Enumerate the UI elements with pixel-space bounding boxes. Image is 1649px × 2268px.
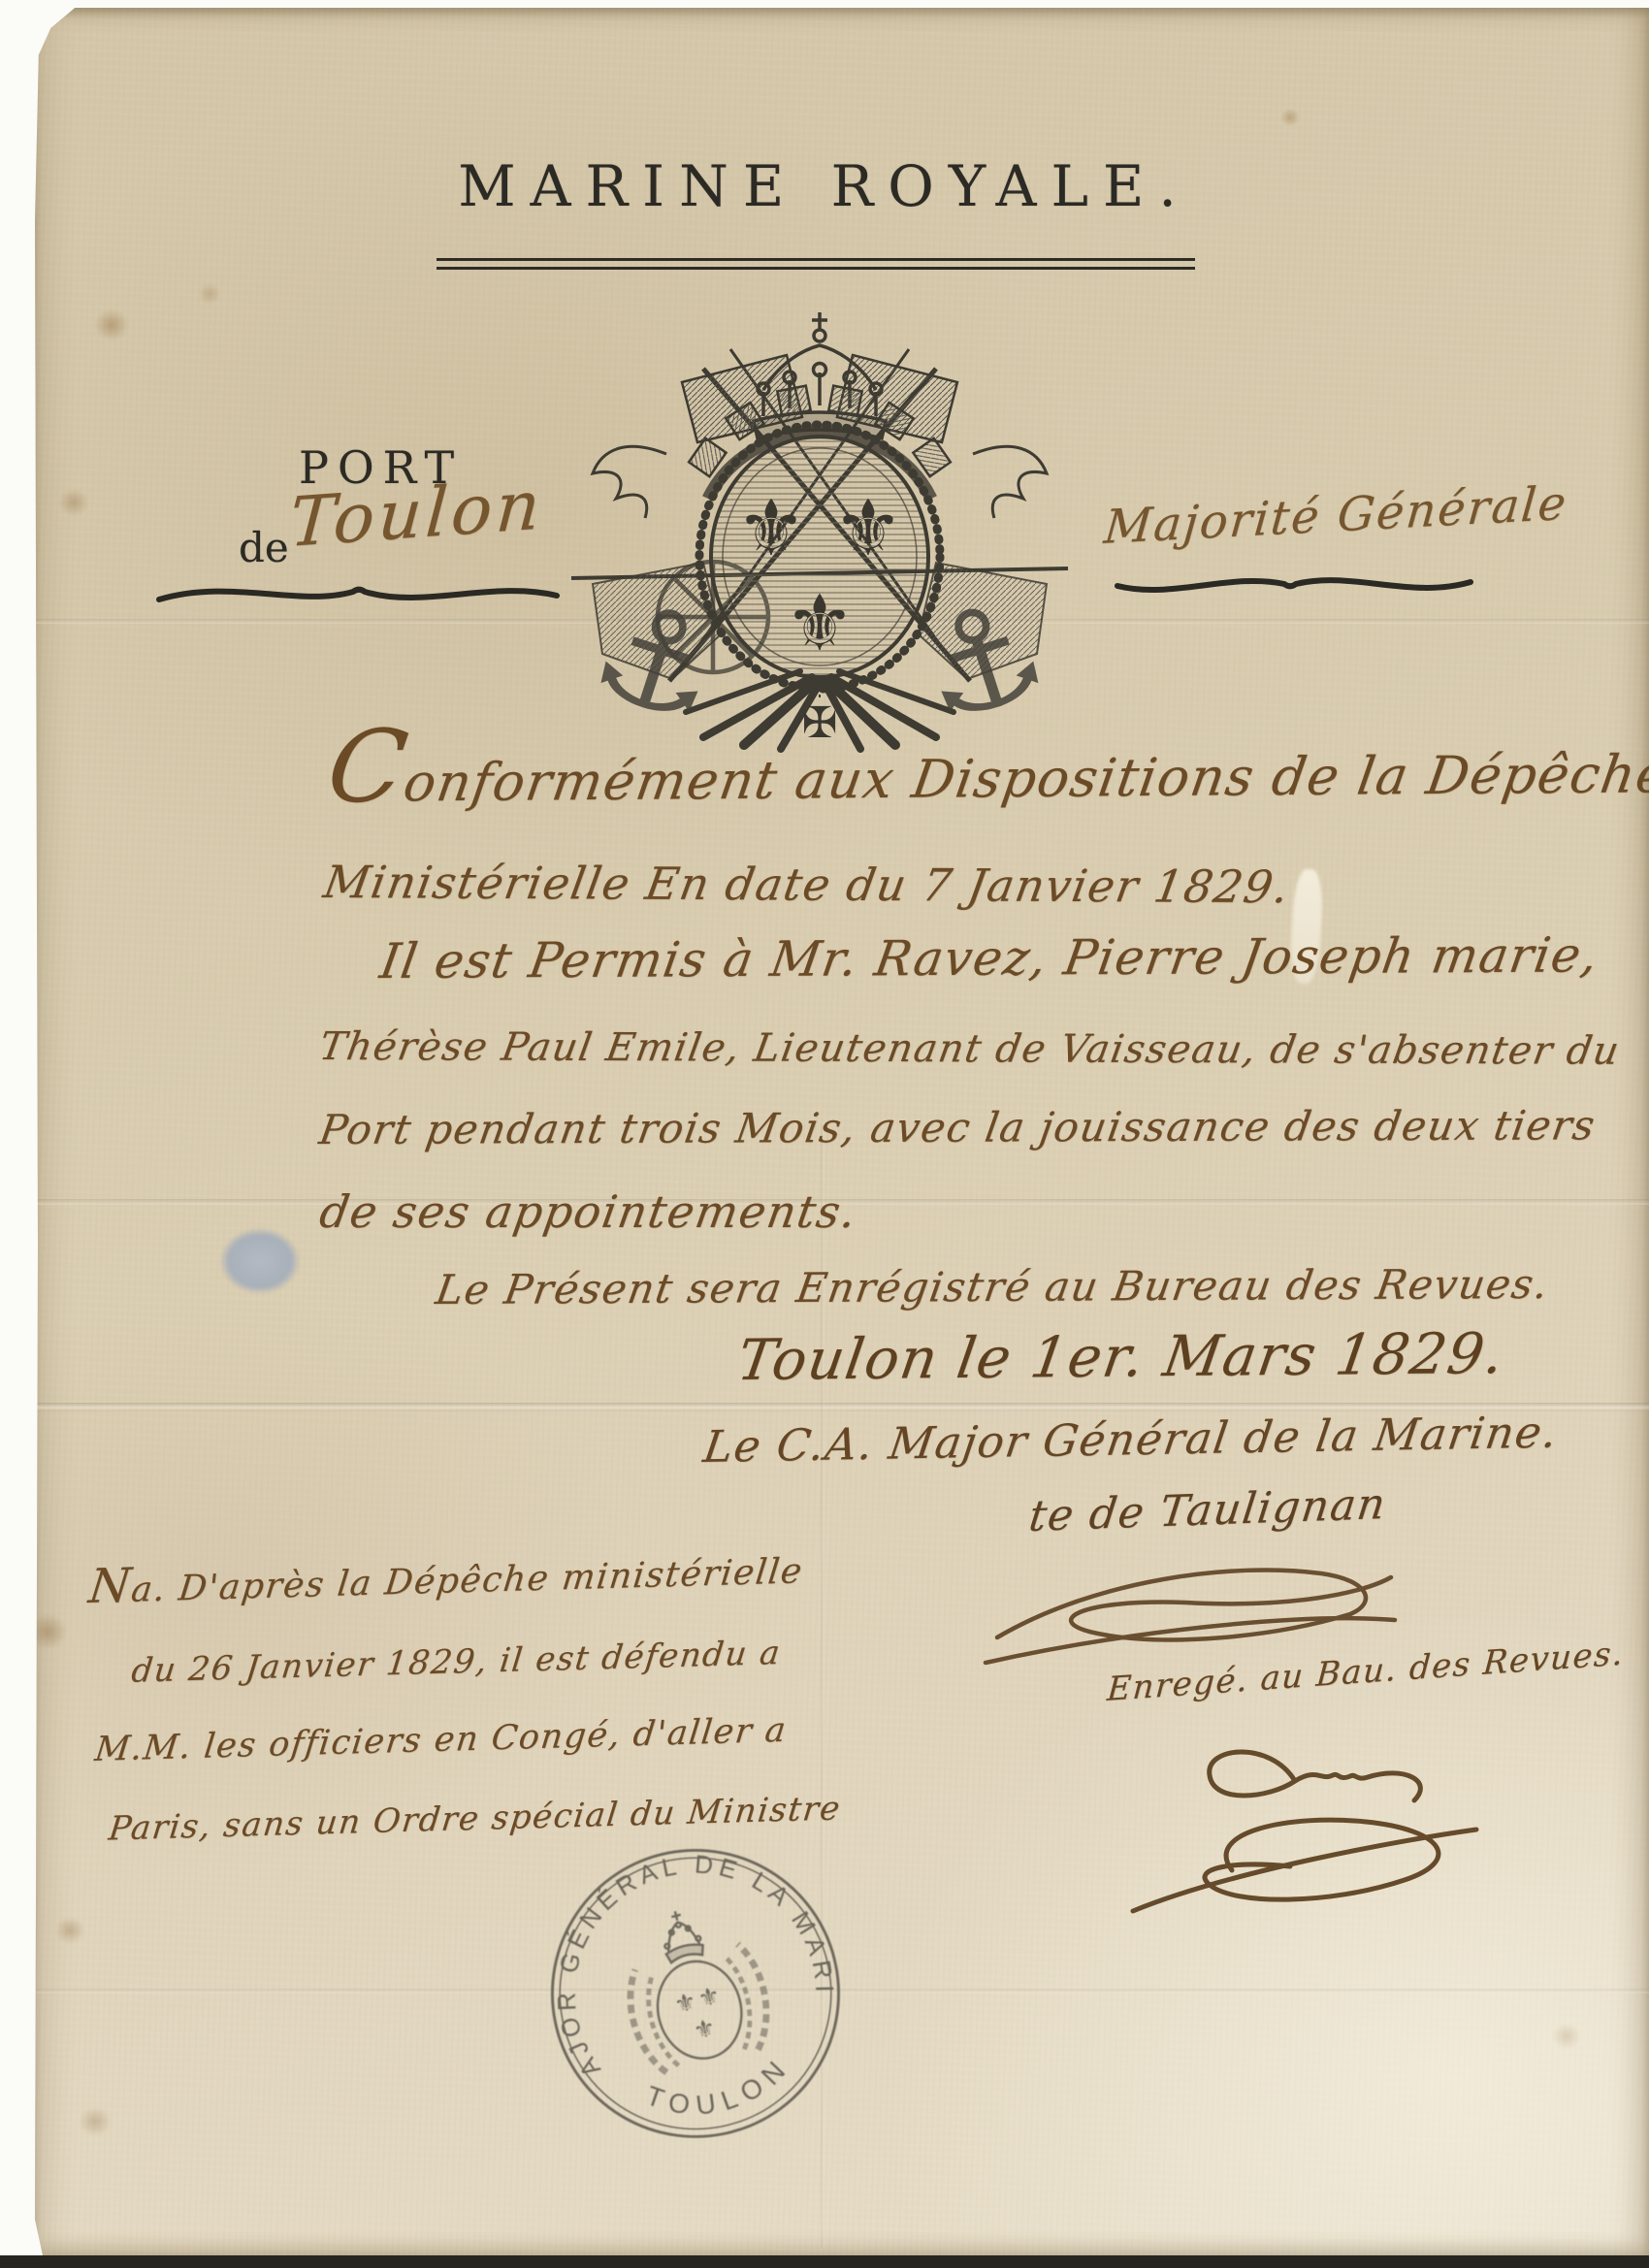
fox-spot: [1277, 105, 1304, 130]
body-line: Conformément aux Dispositions de la Dépê…: [322, 743, 1649, 814]
fox-spot: [87, 303, 136, 347]
coat-of-arms-engraving: ⚜ ⚜ ⚜ ⚓ ⚓ ✠: [558, 293, 1082, 749]
port-de-label: de: [239, 524, 289, 571]
body-line: de ses appointements.: [316, 1185, 861, 1238]
stamp-fleur-icon: ⚜: [695, 1981, 723, 2014]
dateline-handwritten: Toulon le 1er. Mars 1829.: [733, 1320, 1509, 1393]
fox-spot: [72, 2101, 118, 2142]
fleur-de-lis-icon: ⚜: [736, 483, 806, 573]
body-line: Le Présent sera Enrégistré au Bureau des…: [433, 1260, 1552, 1313]
body-line: Ministérielle En date du 7 Janvier 1829.: [320, 856, 1294, 913]
stamp-fleur-icon: ⚜: [691, 2013, 719, 2046]
port-underline-brace: [153, 578, 565, 613]
fox-spot: [1546, 2018, 1587, 2055]
fleur-de-lis-icon: ⚜: [785, 578, 855, 668]
office-underline-brace: [1114, 568, 1476, 601]
fox-spot: [48, 1911, 91, 1950]
wax-blob-stain: [204, 1215, 316, 1308]
scanned-document: MARINE ROYALE.: [0, 0, 1649, 2268]
registration-flourish-signature: [1115, 1725, 1484, 1924]
title-rule: [436, 258, 1195, 270]
stamp-fleur-icon: ⚜: [671, 1987, 699, 2020]
body-line: Thérèse Paul Emile, Lieutenant de Vaisse…: [316, 1024, 1624, 1074]
fox-spot: [19, 1606, 76, 1657]
fox-spot: [194, 279, 225, 308]
scanner-edge: [0, 2255, 1649, 2268]
stamp-bottom-text: TOULON: [636, 2046, 803, 2136]
order-cross-icon: ✠: [802, 698, 838, 748]
document-title: MARINE ROYALE.: [0, 153, 1649, 219]
fox-spot: [52, 483, 95, 522]
fleur-de-lis-icon: ⚜: [833, 483, 903, 573]
body-line: Il est Permis à Mr. Ravez, Pierre Joseph…: [376, 926, 1602, 989]
body-line: Port pendant trois Mois, avec la jouissa…: [316, 1101, 1600, 1153]
